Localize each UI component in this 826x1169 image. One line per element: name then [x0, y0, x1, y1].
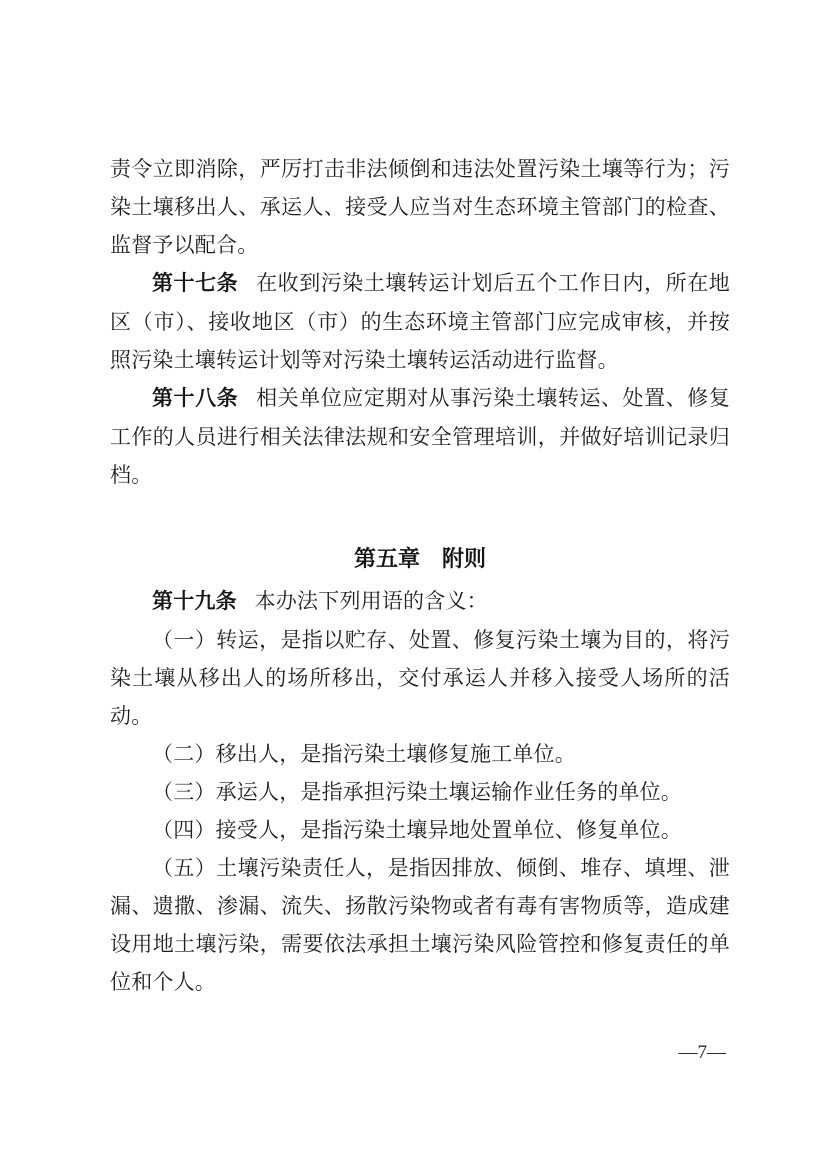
article-19-text: 本办法下列用语的含义： — [255, 589, 488, 613]
article-17-number: 第十七条 — [152, 272, 238, 295]
chapter-heading: 第五章 附则 — [110, 540, 730, 578]
definition-item-1: （一）转运，是指以贮存、处置、修复污染土壤为目的，将污染土壤从移出人的场所移出，… — [110, 621, 730, 735]
definition-item-2: （二）移出人，是指污染土壤修复施工单位。 — [110, 735, 730, 773]
article-19: 第十九条本办法下列用语的含义： — [110, 582, 730, 621]
definition-item-3: （三）承运人，是指承担污染土壤运输作业任务的单位。 — [110, 773, 730, 811]
article-17: 第十七条在收到污染土壤转运计划后五个工作日内，所在地区（市）、接收地区（市）的生… — [110, 264, 730, 379]
article-19-number: 第十九条 — [152, 590, 237, 613]
document-body: 责令立即消除，严厉打击非法倾倒和违法处置污染土壤等行为；污染土壤移出人、承运人、… — [110, 150, 730, 1001]
paragraph-continuation: 责令立即消除，严厉打击非法倾倒和违法处置污染土壤等行为；污染土壤移出人、承运人、… — [110, 150, 730, 264]
article-18-number: 第十八条 — [152, 387, 238, 410]
definition-item-4: （四）接受人，是指污染土壤异地处置单位、修复单位。 — [110, 811, 730, 849]
article-18: 第十八条相关单位应定期对从事污染土壤转运、处置、修复工作的人员进行相关法律法规和… — [110, 379, 730, 494]
page-number: —7— — [110, 1042, 726, 1064]
definition-item-5: （五）土壤污染责任人，是指因排放、倾倒、堆存、填埋、泄漏、遗撒、渗漏、流失、扬散… — [110, 849, 730, 1001]
document-page: 责令立即消除，严厉打击非法倾倒和违法处置污染土壤等行为；污染土壤移出人、承运人、… — [0, 0, 826, 1169]
